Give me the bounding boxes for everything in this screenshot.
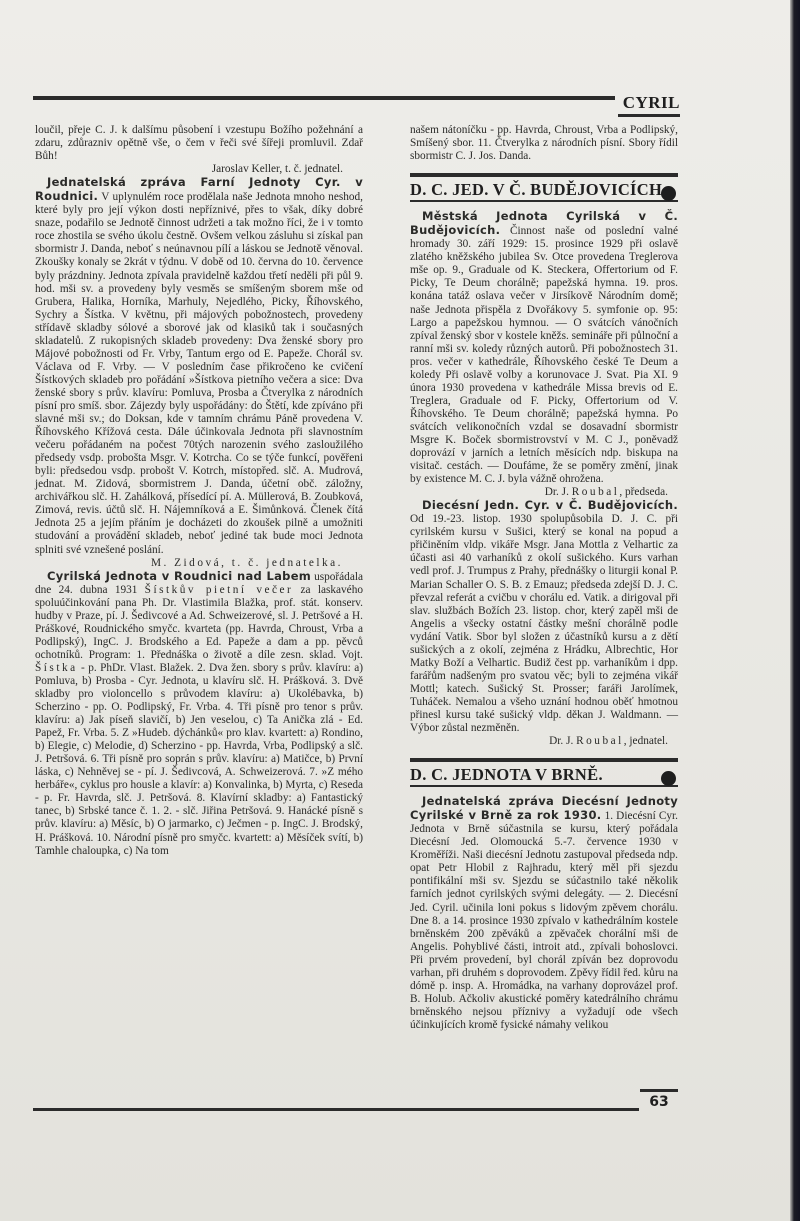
folio-rule xyxy=(640,1089,678,1092)
left-column: loučil, přeje C. J. k dalšímu působení i… xyxy=(35,124,363,858)
page-number: 63 xyxy=(640,1094,678,1110)
article-brno: Jednatelská zpráva Diecésní Jednoty Cyri… xyxy=(410,795,678,1032)
continued-paragraph: loučil, přeje C. J. k dalšímu působení i… xyxy=(35,124,363,163)
article-heading: Cyrilská Jednota v Roudnici nad Labem xyxy=(47,569,311,583)
article-mestska-jednota: Městská Jednota Cyrilská v Č. Budějovicí… xyxy=(410,210,678,486)
bottom-rule xyxy=(33,1108,639,1111)
top-rule xyxy=(33,96,615,100)
article-body: V uplynulém roce prodělala naše Jednota … xyxy=(35,191,363,555)
bullet-dot-icon xyxy=(661,186,676,201)
scanned-page: CYRIL loučil, přeje C. J. k dalšímu půso… xyxy=(0,0,790,1221)
article-body: - p. PhDr. Vlast. Blažek. 2. Dva žen. sb… xyxy=(35,662,363,857)
spaced-emphasis: Šístkův pietní večer xyxy=(145,584,294,596)
article-roudnice-farni: Jednatelská zpráva Farní Jednoty Cyr. v … xyxy=(35,176,363,556)
article-body: Činnost naše od poslední valné hromady 3… xyxy=(410,225,678,485)
signature-roubal-jednatel: Dr. J. Roubal, jednatel. xyxy=(410,735,678,748)
running-head: CYRIL xyxy=(620,93,680,113)
scan-edge-shadow xyxy=(790,0,800,1221)
section-title: D. C. JED. V Č. BUDĚJOVICÍCH. xyxy=(410,180,667,199)
running-head-rule xyxy=(618,114,680,117)
article-heading: Diecésní Jedn. Cyr. v Č. Budějovicích. xyxy=(422,498,678,512)
section-heading-budejovice: D. C. JED. V Č. BUDĚJOVICÍCH. xyxy=(410,173,678,202)
section-title: D. C. JEDNOTA V BRNĚ. xyxy=(410,765,603,784)
bullet-dot-icon xyxy=(661,771,676,786)
article-body: 1. Diecésní Cyr. Jednota v Brně súčastni… xyxy=(410,810,678,1031)
spaced-emphasis: Šístka xyxy=(35,662,78,674)
section-heading-brno: D. C. JEDNOTA V BRNĚ. xyxy=(410,758,678,787)
article-diecesni-budejovice: Diecésní Jedn. Cyr. v Č. Budějovicích. O… xyxy=(410,499,678,735)
continued-paragraph: našem nátoníčku - pp. Havrda, Chroust, V… xyxy=(410,124,678,163)
article-body: Od 19.-23. listop. 1930 spolupůsobila D.… xyxy=(410,513,678,734)
right-column: našem nátoníčku - pp. Havrda, Chroust, V… xyxy=(410,124,678,1032)
article-roudnice-labem: Cyrilská Jednota v Roudnici nad Labem us… xyxy=(35,570,363,858)
